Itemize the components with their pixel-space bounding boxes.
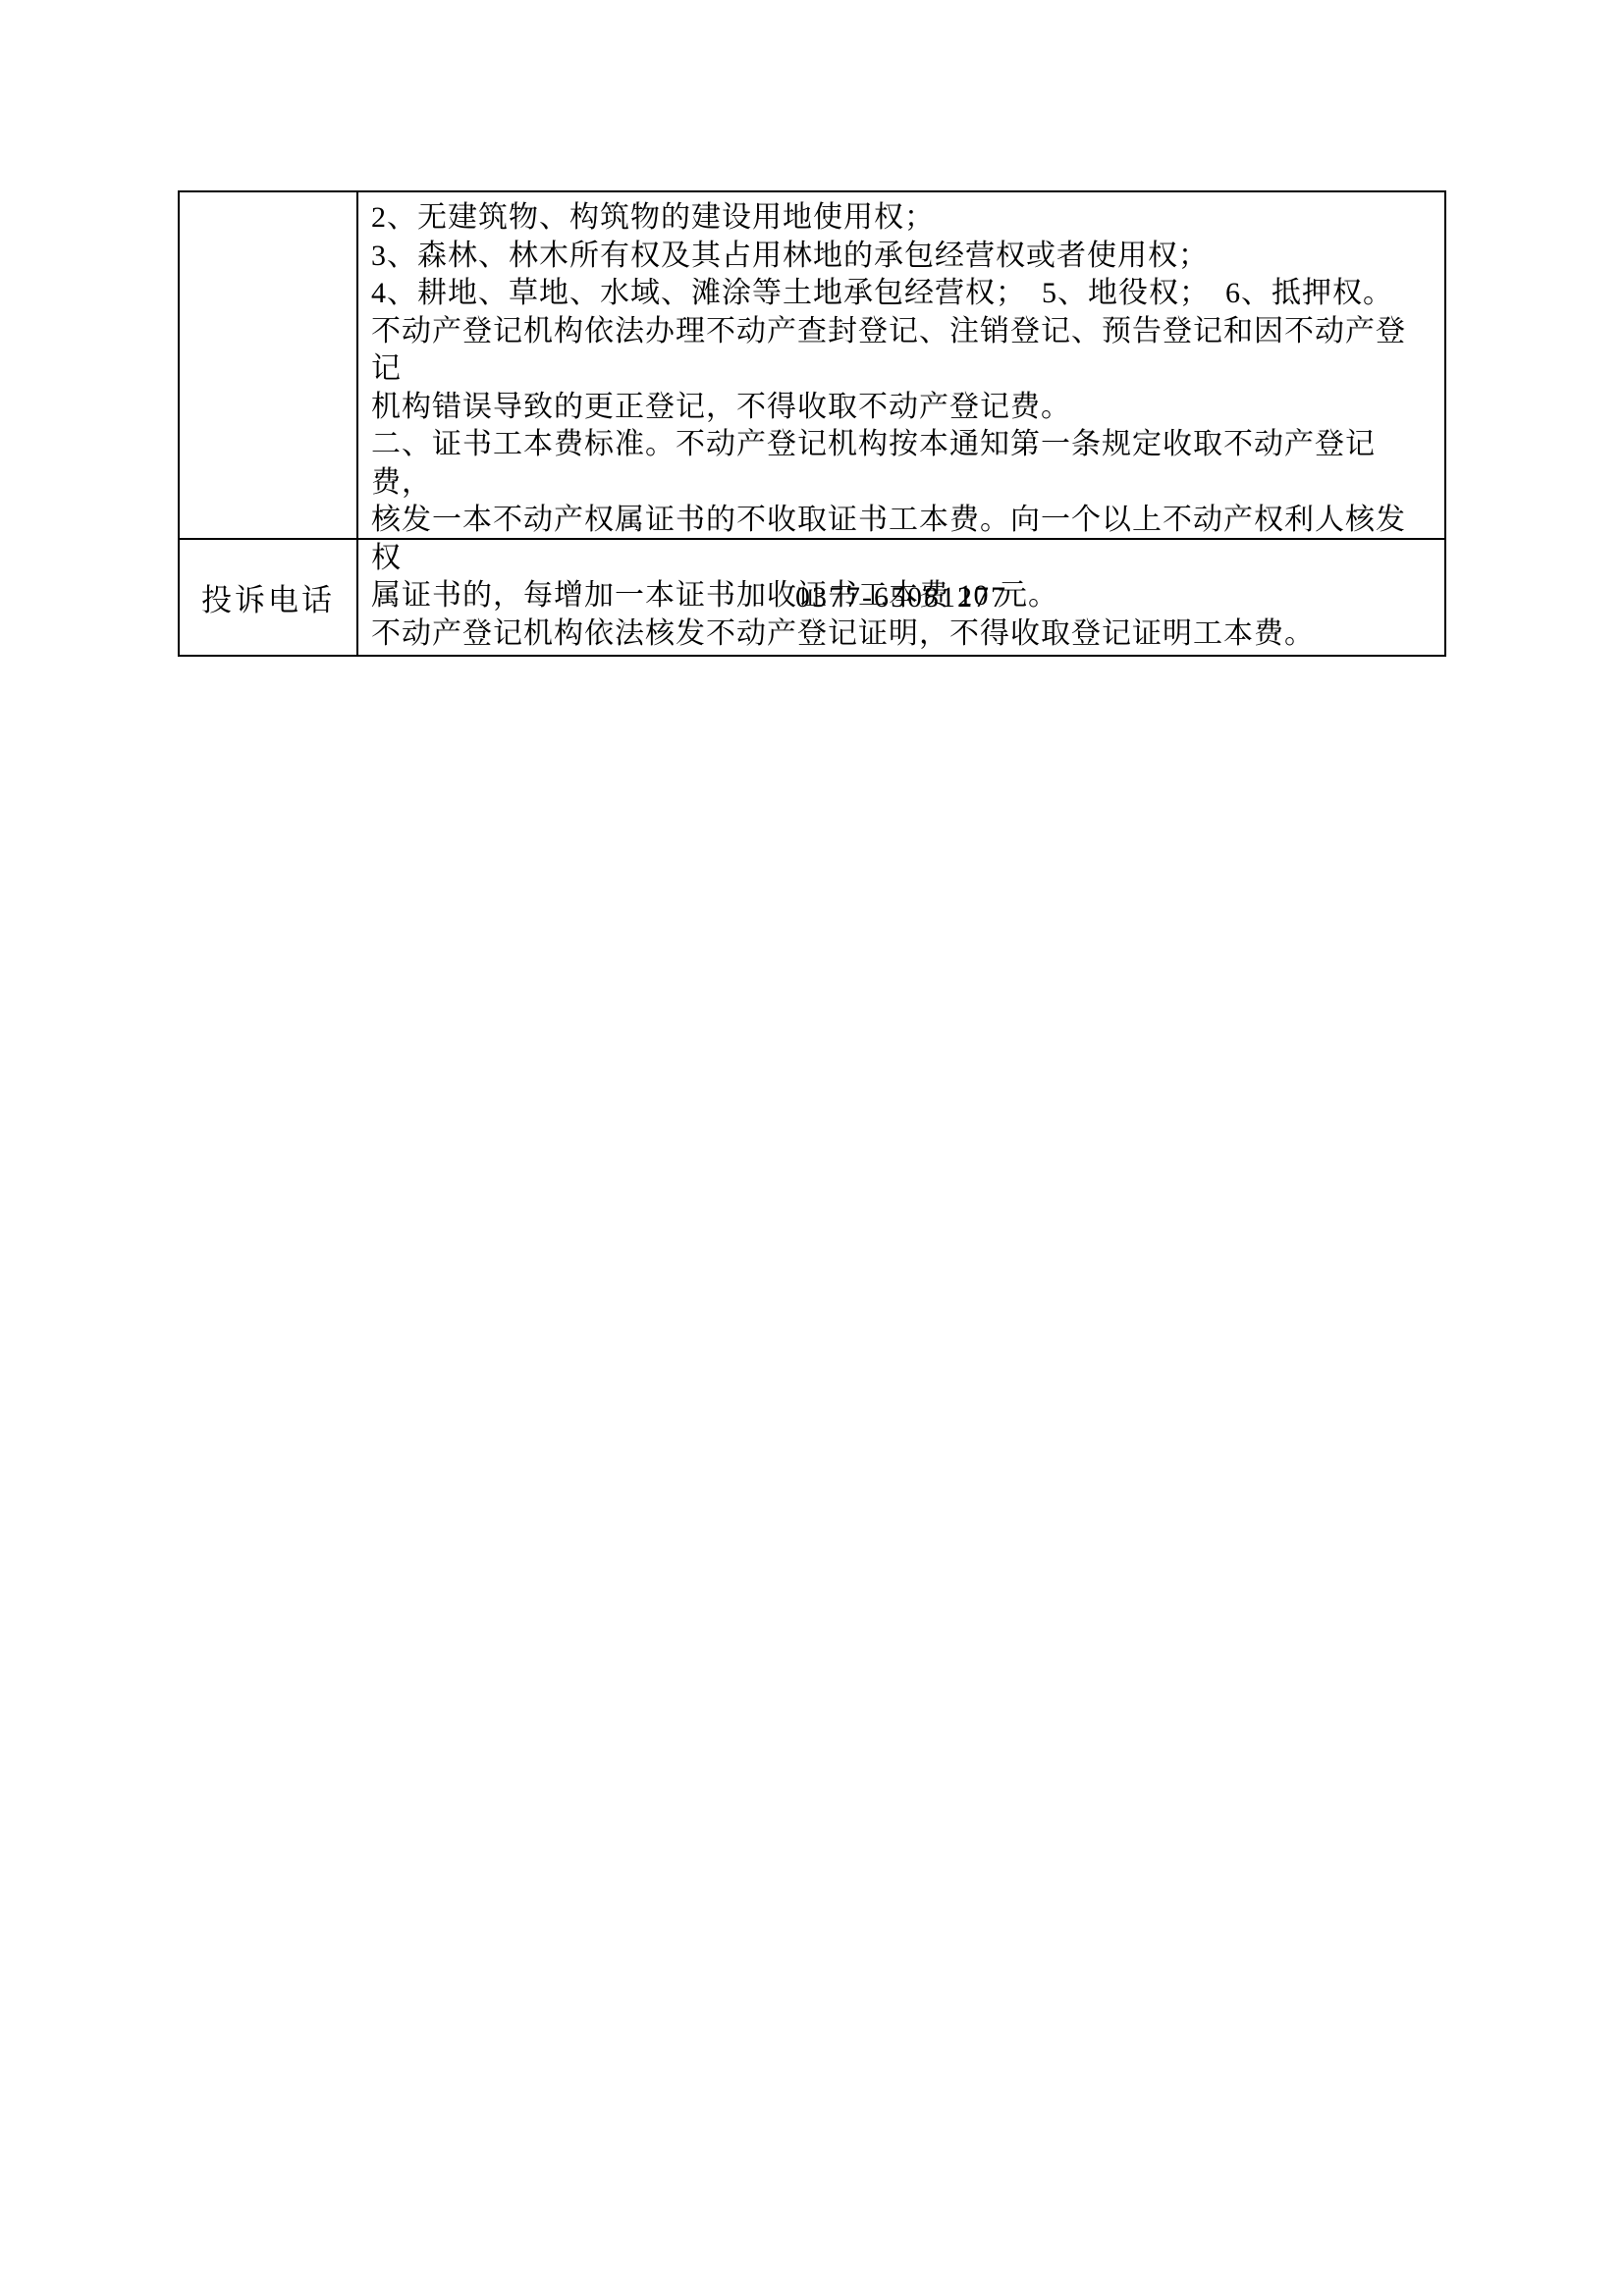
complaint-phone-value-cell: 0377-65081277 [358,540,1444,655]
text-line: 4、耕地、草地、水域、滩涂等土地承包经营权； 5、地役权； 6、抵押权。 [371,275,1431,313]
table-row-complaint-phone: 投诉电话 0377-65081277 [180,540,1444,655]
fee-info-table: 2、无建筑物、构筑物的建设用地使用权； 3、森林、林木所有权及其占用林地的承包经… [178,190,1446,657]
complaint-phone-label: 投诉电话 [201,575,335,619]
text-line: 机构错误导致的更正登记，不得收取不动产登记费。 [371,389,1431,427]
continuation-row-content-cell: 2、无建筑物、构筑物的建设用地使用权； 3、森林、林木所有权及其占用林地的承包经… [358,192,1444,538]
document-page: 2、无建筑物、构筑物的建设用地使用权； 3、森林、林木所有权及其占用林地的承包经… [0,0,1624,2296]
complaint-phone-label-cell: 投诉电话 [180,540,358,655]
text-line: 3、森林、林木所有权及其占用林地的承包经营权或者使用权； [371,238,1431,276]
text-line: 不动产登记机构依法办理不动产查封登记、注销登记、预告登记和因不动产登记 [371,313,1431,389]
continuation-row-label-cell [180,192,358,538]
text-line: 二、证书工本费标准。不动产登记机构按本通知第一条规定收取不动产登记费， [371,426,1431,502]
text-line: 2、无建筑物、构筑物的建设用地使用权； [371,199,1431,238]
complaint-phone-number: 0377-65081277 [795,581,1007,614]
table-row-continuation: 2、无建筑物、构筑物的建设用地使用权； 3、森林、林木所有权及其占用林地的承包经… [180,192,1444,540]
